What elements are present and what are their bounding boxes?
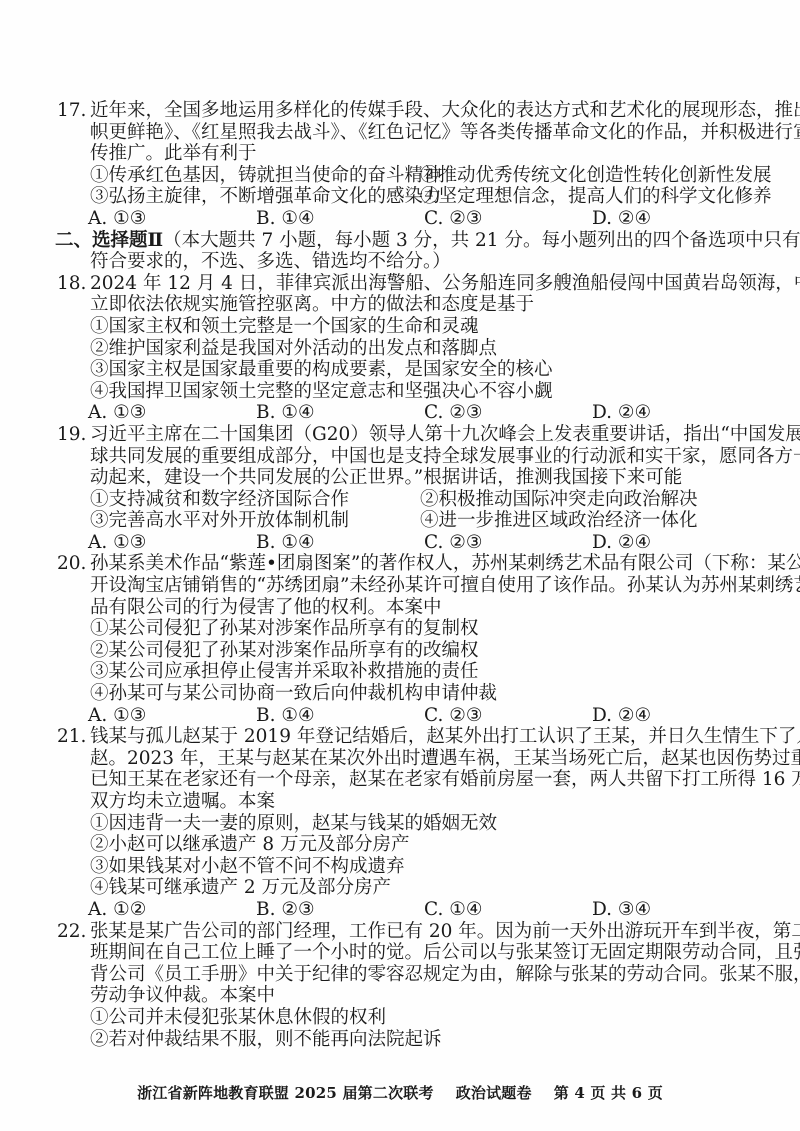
question-stem-line: 开设淘宝店铺销售的“苏绣团扇”未经孙某许可擅自使用了该作品。孙某认为苏州某刺绣艺… xyxy=(0,575,800,597)
statement-4: ④坚定理想信念，提高人们的科学文化修养 xyxy=(420,186,772,208)
statement-2: ②小赵可以继承遗产 8 万元及部分房产 xyxy=(0,834,800,856)
question-number: 22. xyxy=(57,921,90,943)
answer-options: A. ①③ B. ①④ C. ②③ D. ②④ xyxy=(0,402,800,424)
question-stem-line: 背公司《员工手册》中关于纪律的零容忍规定为由，解除与张某的劳动合同。张某不服，申… xyxy=(0,964,800,986)
option-c: C. ②③ xyxy=(424,705,592,727)
question-number: 20. xyxy=(57,553,90,575)
option-d: D. ②④ xyxy=(592,208,760,230)
option-c: C. ②③ xyxy=(424,208,592,230)
question-stem-line: 帜更鲜艳》、《红星照我去战斗》、《红色记忆》等各类传播革命文化的作品，并积极进行… xyxy=(0,122,800,144)
exam-name: 浙江省新阵地教育联盟 2025 届第二次联考 xyxy=(137,1084,434,1102)
question-19: 19.习近平主席在二十国集团（G20）领导人第十九次峰会上发表重要讲话，指出“中… xyxy=(0,424,800,554)
statement-2: ②维护国家利益是我国对外活动的出发点和落脚点 xyxy=(0,338,800,360)
question-stem-line: 传推广。此举有利于 xyxy=(0,143,800,165)
section-description: （本大题共 7 小题，每小题 3 分，共 21 分。每小题列出的四个备选项中只有… xyxy=(163,230,800,251)
option-a: A. ①③ xyxy=(88,402,256,424)
option-b: B. ①④ xyxy=(256,532,424,554)
question-stem-line: 球共同发展的重要组成部分，中国也是支持全球发展事业的行动派和实干家，愿同各方一道… xyxy=(0,446,800,468)
option-b: B. ①④ xyxy=(256,705,424,727)
statement-3: ③如果钱某对小赵不管不问不构成遗弃 xyxy=(0,856,800,878)
option-c: C. ②③ xyxy=(424,532,592,554)
question-stem-line: 近年来，全国多地运用多样化的传媒手段、大众化的表达方式和艺术化的展现形态，推出《… xyxy=(90,100,800,121)
statement-3: ③某公司应承担停止侵害并采取补救措施的责任 xyxy=(0,661,800,683)
answer-options: A. ①② B. ②③ C. ①④ D. ③④ xyxy=(0,899,800,921)
question-20: 20.孙某系美术作品“紫莲•团扇图案”的著作权人，苏州某刺绣艺术品有限公司（下称… xyxy=(0,553,800,726)
option-a: A. ①③ xyxy=(88,705,256,727)
option-b: B. ②③ xyxy=(256,899,424,921)
question-stem-line: 赵。2023 年，王某与赵某在某次外出时遭遇车祸，王某当场死亡后，赵某也因伤势过… xyxy=(0,748,800,770)
question-stem-line: 班期间在自己工位上睡了一个小时的觉。后公司以与张某签订无固定期限劳动合同，且张某… xyxy=(0,942,800,964)
exam-page: 17.近年来，全国多地运用多样化的传媒手段、大众化的表达方式和艺术化的展现形态，… xyxy=(0,100,800,1050)
question-stem-line: 习近平主席在二十国集团（G20）领导人第十九次峰会上发表重要讲话，指出“中国发展… xyxy=(90,424,800,445)
statement-4: ④进一步推进区域政治经济一体化 xyxy=(420,510,698,532)
statement-3: ③完善高水平对外开放体制机制 xyxy=(90,510,420,532)
statement-1: ①国家主权和领土完整是一个国家的生命和灵魂 xyxy=(0,316,800,338)
question-stem-line: 孙某系美术作品“紫莲•团扇图案”的著作权人，苏州某刺绣艺术品有限公司（下称：某公… xyxy=(90,553,800,574)
question-stem-line: 张某是某广告公司的部门经理，工作已有 20 年。因为前一天外出游玩开车到半夜，第… xyxy=(90,921,800,942)
section-title: 二、选择题Ⅱ xyxy=(55,230,163,251)
statement-3: ③国家主权是国家最重要的构成要素，是国家安全的核心 xyxy=(0,359,800,381)
question-stem-line: 动起来，建设一个共同发展的公正世界。”根据讲话，推测我国接下来可能 xyxy=(0,467,800,489)
statement-1: ①支持减贫和数字经济国际合作 xyxy=(90,489,420,511)
answer-options: A. ①③ B. ①④ C. ②③ D. ②④ xyxy=(0,705,800,727)
option-a: A. ①③ xyxy=(88,532,256,554)
page-footer: 浙江省新阵地教育联盟 2025 届第二次联考政治试题卷第 4 页 共 6 页 xyxy=(0,1082,800,1103)
statement-4: ④我国捍卫国家领土完整的坚定意志和坚强决心不容小觑 xyxy=(0,381,800,403)
subject-name: 政治试题卷 xyxy=(456,1084,532,1102)
section-description: 符合要求的，不选、多选、错选均不给分。） xyxy=(0,251,800,273)
option-d: D. ②④ xyxy=(592,705,760,727)
option-c: C. ②③ xyxy=(424,402,592,424)
statement-1: ①因违背一夫一妻的原则，赵某与钱某的婚姻无效 xyxy=(0,813,800,835)
statement-4: ④孙某可与某公司协商一致后向仲裁机构申请仲裁 xyxy=(0,683,800,705)
option-b: B. ①④ xyxy=(256,402,424,424)
question-stem-line: 已知王某在老家还有一个母亲，赵某在老家有婚前房屋一套，两人共留下打工所得 16 … xyxy=(0,769,800,791)
statement-3: ③弘扬主旋律，不断增强革命文化的感染力 xyxy=(90,186,420,208)
statement-2: ②若对仲裁结果不服，则不能再向法院起诉 xyxy=(0,1029,800,1051)
statement-4: ④钱某可继承遗产 2 万元及部分房产 xyxy=(0,877,800,899)
option-a: A. ①② xyxy=(88,899,256,921)
question-stem-line: 双方均未立遗嘱。本案 xyxy=(0,791,800,813)
question-18: 18.2024 年 12 月 4 日，菲律宾派出海警船、公务船连同多艘渔船侵闯中… xyxy=(0,273,800,424)
question-number: 21. xyxy=(57,726,90,748)
option-d: D. ②④ xyxy=(592,402,760,424)
statement-1: ①传承红色基因，铸就担当使命的奋斗精神 xyxy=(90,165,420,187)
answer-options: A. ①③ B. ①④ C. ②③ D. ②④ xyxy=(0,532,800,554)
question-number: 19. xyxy=(57,424,90,446)
option-d: D. ③④ xyxy=(592,899,760,921)
question-number: 17. xyxy=(57,100,90,122)
question-number: 18. xyxy=(57,273,90,295)
option-a: A. ①③ xyxy=(88,208,256,230)
option-d: D. ②④ xyxy=(592,532,760,554)
question-stem-line: 2024 年 12 月 4 日，菲律宾派出海警船、公务船连同多艘渔船侵闯中国黄岩… xyxy=(90,273,800,294)
question-stem-line: 钱某与孤儿赵某于 2019 年登记结婚后，赵某外出打工认识了王某，并日久生情生下… xyxy=(90,726,800,747)
question-stem-line: 品有限公司的行为侵害了他的权利。本案中 xyxy=(0,597,800,619)
question-stem-line: 劳动争议仲裁。本案中 xyxy=(0,985,800,1007)
question-17: 17.近年来，全国多地运用多样化的传媒手段、大众化的表达方式和艺术化的展现形态，… xyxy=(0,100,800,230)
question-22: 22.张某是某广告公司的部门经理，工作已有 20 年。因为前一天外出游玩开车到半… xyxy=(0,921,800,1051)
option-c: C. ①④ xyxy=(424,899,592,921)
page-number: 第 4 页 共 6 页 xyxy=(554,1084,663,1102)
answer-options: A. ①③ B. ①④ C. ②③ D. ②④ xyxy=(0,208,800,230)
statement-2: ②推动优秀传统文化创造性转化创新性发展 xyxy=(420,165,772,187)
section-heading: 二、选择题Ⅱ（本大题共 7 小题，每小题 3 分，共 21 分。每小题列出的四个… xyxy=(0,230,800,273)
statement-2: ②积极推动国际冲突走向政治解决 xyxy=(420,489,698,511)
option-b: B. ①④ xyxy=(256,208,424,230)
statement-1: ①公司并未侵犯张某休息休假的权利 xyxy=(0,1007,800,1029)
statement-2: ②某公司侵犯了孙某对涉案作品所享有的改编权 xyxy=(0,640,800,662)
question-stem-line: 立即依法依规实施管控驱离。中方的做法和态度是基于 xyxy=(0,294,800,316)
question-21: 21.钱某与孤儿赵某于 2019 年登记结婚后，赵某外出打工认识了王某，并日久生… xyxy=(0,726,800,920)
statement-1: ①某公司侵犯了孙某对涉案作品所享有的复制权 xyxy=(0,618,800,640)
